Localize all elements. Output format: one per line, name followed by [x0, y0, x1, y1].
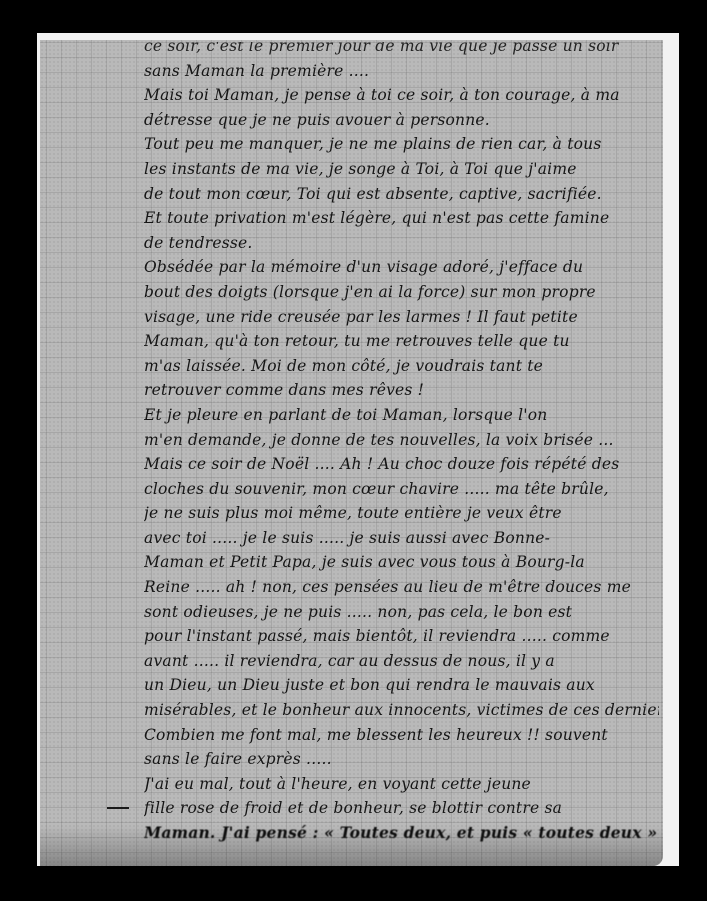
text-line: cloches du souvenir, mon cœur chavire ..…: [144, 477, 659, 502]
text-line: retrouver comme dans mes rêves !: [144, 378, 659, 403]
text-line: un Dieu, un Dieu juste et bon qui rendra…: [144, 673, 659, 698]
text-line: avant ..... il reviendra, car au dessus …: [144, 649, 659, 674]
text-line: bout des doigts (lorsque j'en ai la forc…: [144, 280, 659, 305]
text-line: Maman et Petit Papa, je suis avec vous t…: [144, 550, 659, 575]
text-line: Obsédée par la mémoire d'un visage adoré…: [144, 255, 659, 280]
text-line: Reine ..... ah ! non, ces pensées au lie…: [144, 575, 659, 600]
text-line: J'ai eu mal, tout à l'heure, en voyant c…: [144, 772, 659, 797]
text-line: Maman, qu'à ton retour, tu me retrouves …: [144, 329, 659, 354]
margin-dash-mark: [107, 807, 129, 809]
text-line: sans le faire exprès .....: [144, 747, 659, 772]
text-line: Combien me font mal, me blessent les heu…: [144, 723, 659, 748]
text-line: Et toute privation m'est légère, qui n'e…: [144, 206, 659, 231]
scan-frame: ce soir, c'est le premier jour de ma vie…: [0, 0, 707, 901]
text-line: Et je pleure en parlant de toi Maman, lo…: [144, 403, 659, 428]
text-line: sont odieuses, je ne puis ..... non, pas…: [144, 600, 659, 625]
text-line: visage, une ride creusée par les larmes …: [144, 305, 659, 330]
text-line: sans Maman la première ....: [144, 59, 659, 84]
text-line: Tout peu me manquer, je ne me plains de …: [144, 132, 659, 157]
text-line: ce soir, c'est le premier jour de ma vie…: [144, 40, 659, 59]
text-line: détresse que je ne puis avouer à personn…: [144, 108, 659, 133]
text-line: Mais toi Maman, je pense à toi ce soir, …: [144, 83, 659, 108]
text-line: je ne suis plus moi même, toute entière …: [144, 501, 659, 526]
text-line: de tendresse.: [144, 231, 659, 256]
text-line: les instants de ma vie, je songe à Toi, …: [144, 157, 659, 182]
paper-sheet: ce soir, c'est le premier jour de ma vie…: [37, 33, 679, 866]
handwritten-text: ce soir, c'est le premier jour de ma vie…: [144, 40, 659, 846]
text-line: Mais ce soir de Noël .... Ah ! Au choc d…: [144, 452, 659, 477]
text-line: avec toi ..... je le suis ..... je suis …: [144, 526, 659, 551]
graph-paper: ce soir, c'est le premier jour de ma vie…: [40, 40, 663, 866]
text-line: pour l'instant passé, mais bientôt, il r…: [144, 624, 659, 649]
text-line: fille rose de froid et de bonheur, se bl…: [144, 796, 659, 821]
text-line: Maman. J'ai pensé : « Toutes deux, et pu…: [144, 821, 659, 846]
text-line: m'as laissée. Moi de mon côté, je voudra…: [144, 354, 659, 379]
text-line: misérables, et le bonheur aux innocents,…: [144, 698, 659, 723]
text-line: de tout mon cœur, Toi qui est absente, c…: [144, 182, 659, 207]
text-line: m'en demande, je donne de tes nouvelles,…: [144, 428, 659, 453]
